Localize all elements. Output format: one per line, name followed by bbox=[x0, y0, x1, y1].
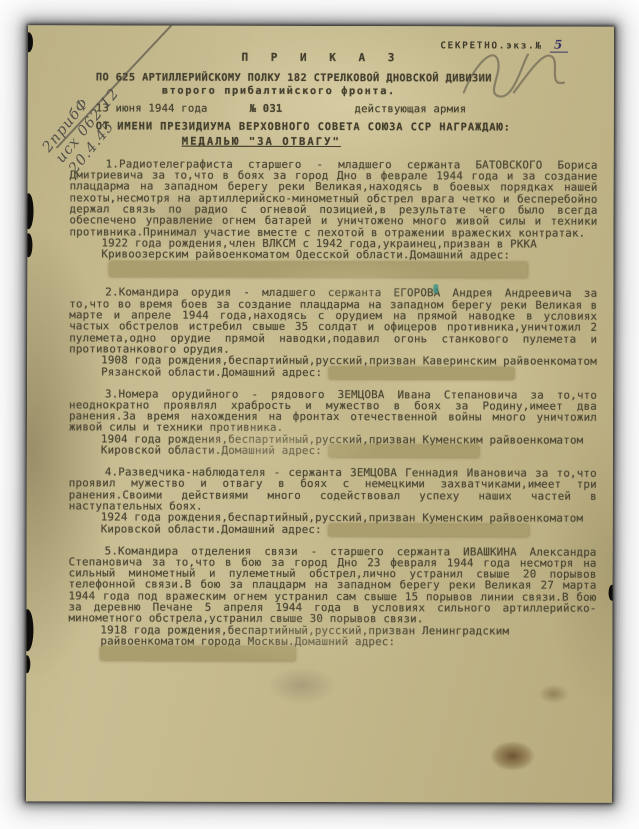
scanned-document: 2прибФ исх 062 12 20.4.45 СЕКРЕТНО.экз.№… bbox=[0, 0, 639, 829]
redaction-box bbox=[329, 367, 514, 379]
award-entry: 1.Радиотелеграфиста старшего - младшего … bbox=[69, 158, 597, 278]
award-entry: 3.Номера орудийного - рядового ЗЕМЦОВА И… bbox=[69, 388, 597, 458]
order-location: действующая армия bbox=[355, 104, 467, 116]
entry-bio: 1904 года рождения,беспартийный,русский,… bbox=[101, 433, 597, 458]
order-meta-row: 13 июня 1944 года № 031 действующая арми… bbox=[96, 103, 598, 116]
award-entry: 2.Командира орудия - младшего сержанта Е… bbox=[69, 287, 597, 379]
issuer-line-2: второго прибалтийского фронта. bbox=[162, 85, 598, 97]
entry-citation: 5.Командира отделения связи - старшего с… bbox=[68, 545, 596, 625]
award-medal-line: МЕДАЛЬЮ "ЗА ОТВАГУ" bbox=[182, 137, 341, 149]
entry-bio-text: 1918 года рождения,беспартийный,русский,… bbox=[100, 623, 509, 648]
entry-bio: 1918 года рождения,беспартийный,русский,… bbox=[100, 624, 596, 662]
award-entry: 4.Разведчика-наблюдателя - сержанта ЗЕМЦ… bbox=[69, 466, 597, 536]
order-date: 13 июня 1944 года bbox=[96, 103, 208, 115]
entry-citation: 2.Командира орудия - младшего сержанта Е… bbox=[69, 287, 597, 356]
redaction-box bbox=[100, 647, 295, 662]
entry-citation: 4.Разведчика-наблюдателя - сержанта ЗЕМЦ… bbox=[69, 466, 597, 513]
issuer-line-1: ПО 625 АРТИЛЛЕРИЙСКОМУ ПОЛКУ 182 СТРЕЛКО… bbox=[96, 73, 598, 86]
ink-mark bbox=[433, 284, 438, 293]
document-title: П Р И К А З bbox=[58, 51, 586, 64]
award-entry: 5.Командира отделения связи - старшего с… bbox=[68, 545, 596, 662]
redaction-box bbox=[329, 445, 479, 457]
entry-bio: 1924 года рождения,беспартийный,русский,… bbox=[101, 512, 597, 537]
entry-bio: 1922 года рождения,член ВЛКСМ с 1942 год… bbox=[101, 237, 597, 278]
document-body: П Р И К А З ПО 625 АРТИЛЛЕРИЙСКОМУ ПОЛКУ… bbox=[26, 25, 614, 803]
redaction-box bbox=[109, 262, 527, 278]
order-number: № 031 bbox=[250, 104, 283, 115]
entry-citation: 1.Радиотелеграфиста старшего - младшего … bbox=[69, 158, 597, 238]
redaction-box bbox=[328, 524, 528, 537]
entry-citation: 3.Номера орудийного - рядового ЗЕМЦОВА И… bbox=[69, 388, 597, 435]
entry-bio: 1908 года рождения,беспартийный,русский,… bbox=[101, 355, 597, 380]
document-page: 2прибФ исх 062 12 20.4.45 СЕКРЕТНО.экз.№… bbox=[26, 25, 614, 803]
entry-bio-text: 1922 года рождения,член ВЛКСМ с 1942 год… bbox=[101, 236, 537, 261]
